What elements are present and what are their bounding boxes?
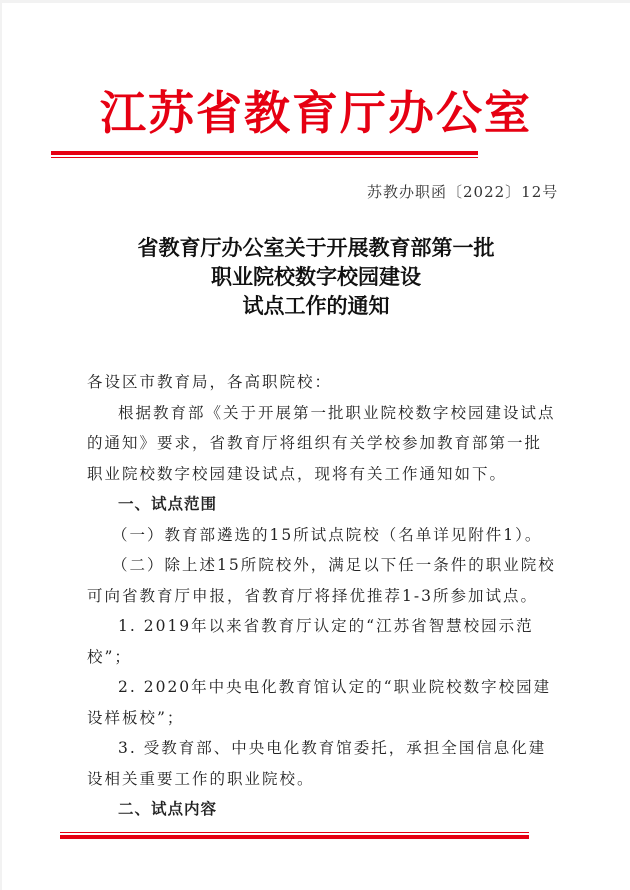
- section-heading-content: 二、试点内容: [87, 794, 557, 825]
- document-number: 苏教办职函〔2022〕12号: [367, 181, 558, 202]
- section-heading-scope: 一、试点范围: [87, 489, 557, 520]
- intro-paragraph: 根据教育部《关于开展第一批职业院校数字校园建设试点的通知》要求，省教育厅将组织有…: [87, 398, 557, 490]
- footer-red-rule: [60, 832, 529, 839]
- title-line-3: 试点工作的通知: [2, 291, 630, 320]
- title-line-2: 职业院校数字校园建设: [2, 262, 630, 291]
- notice-body: 各设区市教育局，各高职院校： 根据教育部《关于开展第一批职业院校数字校园建设试点…: [87, 367, 557, 825]
- masthead-title: 江苏省教育厅办公室: [2, 83, 630, 143]
- salutation: 各设区市教育局，各高职院校：: [87, 367, 557, 398]
- criteria-item-3: 3. 受教育部、中央电化教育馆委托，承担全国信息化建设相关重要工作的职业院校。: [87, 733, 557, 794]
- rule-thick-line: [60, 835, 529, 839]
- masthead-red-rule: [51, 151, 478, 158]
- title-line-1: 省教育厅办公室关于开展教育部第一批: [2, 233, 630, 262]
- notice-title: 省教育厅办公室关于开展教育部第一批 职业院校数字校园建设 试点工作的通知: [2, 233, 630, 320]
- rule-thin-line: [51, 157, 478, 158]
- criteria-item-2: 2. 2020年中央电化教育馆认定的“职业院校数字校园建设样板校”；: [87, 672, 557, 733]
- scope-item-1: （一）教育部遴选的15所试点院校（名单详见附件1）。: [87, 520, 557, 551]
- scope-item-2: （二）除上述15所院校外，满足以下任一条件的职业院校可向省教育厅申报，省教育厅将…: [87, 550, 557, 611]
- document-page: 江苏省教育厅办公室 苏教办职函〔2022〕12号 省教育厅办公室关于开展教育部第…: [2, 3, 630, 890]
- criteria-item-1: 1. 2019年以来省教育厅认定的“江苏省智慧校园示范校”；: [87, 611, 557, 672]
